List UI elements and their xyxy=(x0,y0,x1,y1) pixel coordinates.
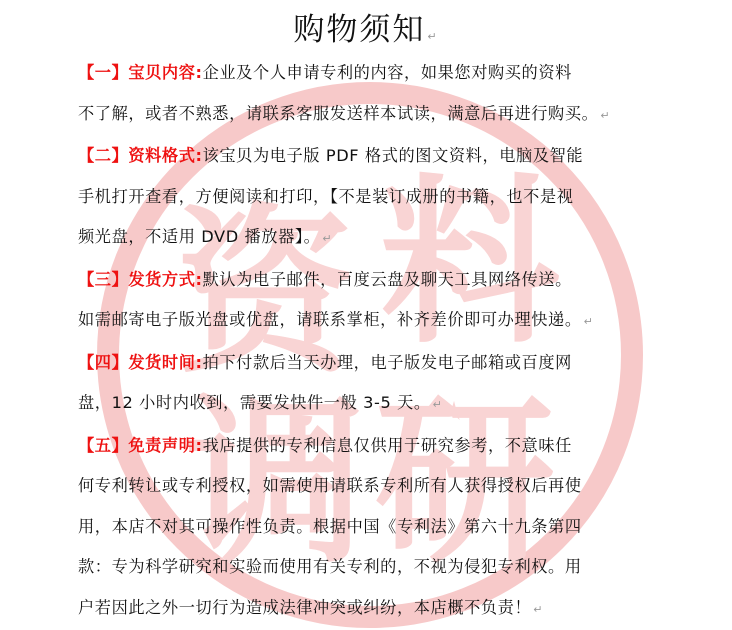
section-text: 盘，12 小时内收到，需要发快件一般 3-5 天。 xyxy=(78,393,431,412)
section-text: 我店提供的专利信息仅供用于研究参考，不意味任 xyxy=(203,436,572,455)
section-line: 如需邮寄电子版光盘或优盘，请联系掌柜，补齐差价即可办理快递。↵ xyxy=(78,300,638,343)
section-text: 拍下付款后当天办理，电子版发电子邮箱或百度网 xyxy=(203,353,572,372)
paragraph-mark-icon: ↵ xyxy=(433,398,443,411)
section-label: 【三】发货方式: xyxy=(78,270,203,289)
section-text: 企业及个人申请专利的内容，如果您对购买的资料 xyxy=(203,63,572,82)
section-disclaimer: 【五】免责声明:我店提供的专利信息仅供用于研究参考，不意味任 何专利转让或专利授… xyxy=(78,426,638,630)
paragraph-mark-icon: ↵ xyxy=(600,109,610,122)
section-delivery-method: 【三】发货方式:默认为电子邮件，百度云盘及聊天工具网络传送。 如需邮寄电子版光盘… xyxy=(78,260,638,343)
paragraph-mark-icon: ↵ xyxy=(533,603,543,616)
section-text: 何专利转让或专利授权，如需使用请联系专利所有人获得授权后再使 xyxy=(78,476,582,495)
section-line: 用，本店不对其可操作性负责。根据中国《专利法》第六十九条第四 xyxy=(78,507,638,548)
section-label: 【二】资料格式: xyxy=(78,146,203,165)
section-text: 默认为电子邮件，百度云盘及聊天工具网络传送。 xyxy=(203,270,572,289)
section-line: 【一】宝贝内容:企业及个人申请专利的内容，如果您对购买的资料 xyxy=(78,53,638,94)
section-line: 频光盘，不适用 DVD 播放器】。↵ xyxy=(78,217,638,260)
section-label: 【五】免责声明: xyxy=(78,436,203,455)
section-line: 【四】发货时间:拍下付款后当天办理，电子版发电子邮箱或百度网 xyxy=(78,343,638,384)
section-text: 手机打开查看，方便阅读和打印，【不是装订成册的书籍，也不是视 xyxy=(78,187,574,206)
section-line: 【二】资料格式:该宝贝为电子版 PDF 格式的图文资料，电脑及智能 xyxy=(78,136,638,177)
section-line: 款：专为科学研究和实验而使用有关专利的，不视为侵犯专利权。用 xyxy=(78,547,638,588)
section-text: 频光盘，不适用 DVD 播放器】。 xyxy=(78,227,320,246)
section-text: 用，本店不对其可操作性负责。根据中国《专利法》第六十九条第四 xyxy=(78,517,582,536)
page-title: 购物须知↵ xyxy=(0,4,732,49)
section-line: 何专利转让或专利授权，如需使用请联系专利所有人获得授权后再使 xyxy=(78,466,638,507)
paragraph-mark-icon: ↵ xyxy=(584,315,594,328)
section-text: 户若因此之外一切行为造成法律冲突或纠纷，本店概不负责！ xyxy=(78,598,531,617)
section-line: 盘，12 小时内收到，需要发快件一般 3-5 天。↵ xyxy=(78,383,638,426)
section-text: 款：专为科学研究和实验而使用有关专利的，不视为侵犯专利权。用 xyxy=(78,557,582,576)
section-line: 【五】免责声明:我店提供的专利信息仅供用于研究参考，不意味任 xyxy=(78,426,638,467)
section-text: 该宝贝为电子版 PDF 格式的图文资料，电脑及智能 xyxy=(203,146,584,165)
section-product-content: 【一】宝贝内容:企业及个人申请专利的内容，如果您对购买的资料 不了解，或者不熟悉… xyxy=(78,53,638,136)
section-material-format: 【二】资料格式:该宝贝为电子版 PDF 格式的图文资料，电脑及智能 手机打开查看… xyxy=(78,136,638,260)
section-line: 不了解，或者不熟悉，请联系客服发送样本试读，满意后再进行购买。↵ xyxy=(78,94,638,137)
paragraph-mark-icon: ↵ xyxy=(322,232,332,245)
section-line: 【三】发货方式:默认为电子邮件，百度云盘及聊天工具网络传送。 xyxy=(78,260,638,301)
section-line: 手机打开查看，方便阅读和打印，【不是装订成册的书籍，也不是视 xyxy=(78,177,638,218)
section-line: 户若因此之外一切行为造成法律冲突或纠纷，本店概不负责！↵ xyxy=(78,588,638,630)
section-delivery-time: 【四】发货时间:拍下付款后当天办理，电子版发电子邮箱或百度网 盘，12 小时内收… xyxy=(78,343,638,426)
notice-body: 【一】宝贝内容:企业及个人申请专利的内容，如果您对购买的资料 不了解，或者不熟悉… xyxy=(78,53,638,630)
section-label: 【四】发货时间: xyxy=(78,353,203,372)
title-text: 购物须知 xyxy=(293,12,425,48)
section-text: 如需邮寄电子版光盘或优盘，请联系掌柜，补齐差价即可办理快递。 xyxy=(78,310,582,329)
section-text: 不了解，或者不熟悉，请联系客服发送样本试读，满意后再进行购买。 xyxy=(78,104,598,123)
paragraph-mark-icon: ↵ xyxy=(427,30,438,43)
section-label: 【一】宝贝内容: xyxy=(78,63,203,82)
